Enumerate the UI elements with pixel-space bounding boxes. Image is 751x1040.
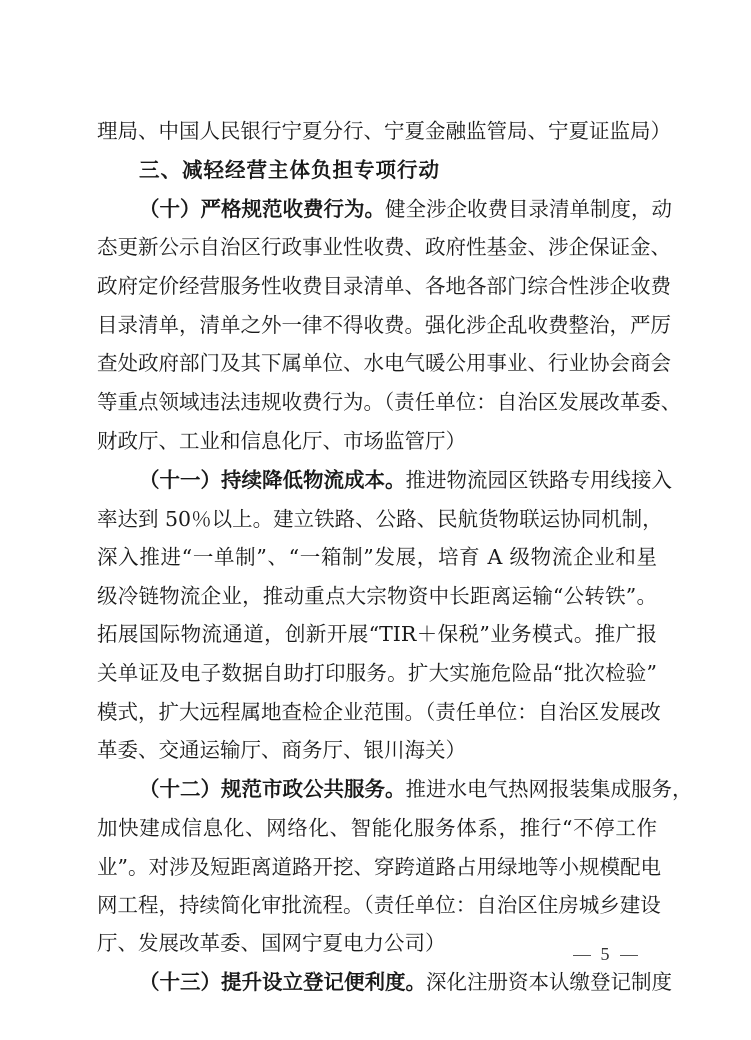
text-line: 革委、交通运输厅、商务厅、银川海关） — [97, 735, 657, 765]
document-page: 理局、中国人民银行宁夏分行、宁夏金融监管局、宁夏证监局） 三、减轻经营主体负担专… — [0, 0, 751, 1040]
text-line: 理局、中国人民银行宁夏分行、宁夏金融监管局、宁夏证监局） — [97, 116, 657, 146]
page-number-value: 5 — [601, 944, 610, 964]
text-line: 政府定价经营服务性收费目录清单、各地各部门综合性涉企收费 — [97, 271, 657, 301]
text-line: 关单证及电子数据自助打印服务。扩大实施危险品“批次检验” — [97, 658, 657, 688]
text-line: 目录清单，清单之外一律不得收费。强化涉企乱收费整治，严厉 — [97, 310, 657, 340]
item-title: （十）严格规范收费行为。 — [139, 197, 385, 221]
item-title: （十三）提升设立登记便利度。 — [139, 970, 426, 994]
text-line: 财政厅、工业和信息化厅、市场监管厅） — [97, 426, 657, 456]
item-title: （十一）持续降低物流成本。 — [139, 468, 406, 492]
section-heading: 三、减轻经营主体负担专项行动 — [139, 155, 657, 185]
page-number: 5 — [560, 941, 650, 967]
item-title: （十二）规范市政公共服务。 — [139, 777, 406, 801]
paragraph-start: （十三）提升设立登记便利度。深化注册资本认缴登记制度 — [139, 967, 657, 997]
dash-decoration — [573, 955, 591, 956]
paragraph-start: （十）严格规范收费行为。健全涉企收费目录清单制度，动 — [139, 194, 657, 224]
text-line: 网工程，持续简化审批流程。（责任单位：自治区住房城乡建设 — [97, 890, 657, 920]
text-line: 加快建成信息化、网络化、智能化服务体系，推行“不停工作 — [97, 813, 657, 843]
text-line: 级冷链物流企业，推动重点大宗物资中长距离运输“公转铁”。 — [97, 581, 657, 611]
text-span: 推进水电气热网报装集成服务， — [406, 777, 693, 801]
text-span: 健全涉企收费目录清单制度，动 — [385, 197, 672, 221]
dash-decoration — [620, 955, 638, 956]
text-line: 深入推进“一单制”、“一箱制”发展，培育 A 级物流企业和星 — [97, 542, 657, 572]
text-line: 拓展国际物流通道，创新开展“TIR＋保税”业务模式。推广报 — [97, 619, 657, 649]
text-line: 查处政府部门及其下属单位、水电气暖公用事业、行业协会商会 — [97, 348, 657, 378]
paragraph-start: （十二）规范市政公共服务。推进水电气热网报装集成服务， — [139, 774, 657, 804]
text-line: 模式，扩大远程属地查检企业范围。（责任单位：自治区发展改 — [97, 697, 657, 727]
text-span: 深化注册资本认缴登记制度 — [426, 970, 672, 994]
text-line: 态更新公示自治区行政事业性收费、政府性基金、涉企保证金、 — [97, 232, 657, 262]
text-line: 等重点领域违法违规收费行为。（责任单位：自治区发展改革委、 — [97, 387, 657, 417]
text-span: 推进物流园区铁路专用线接入 — [406, 468, 673, 492]
text-line: 率达到 50％以上。建立铁路、公路、民航货物联运协同机制， — [97, 504, 657, 534]
paragraph-start: （十一）持续降低物流成本。推进物流园区铁路专用线接入 — [139, 465, 657, 495]
text-line: 业”。对涉及短距离道路开挖、穿跨道路占用绿地等小规模配电 — [97, 852, 657, 882]
